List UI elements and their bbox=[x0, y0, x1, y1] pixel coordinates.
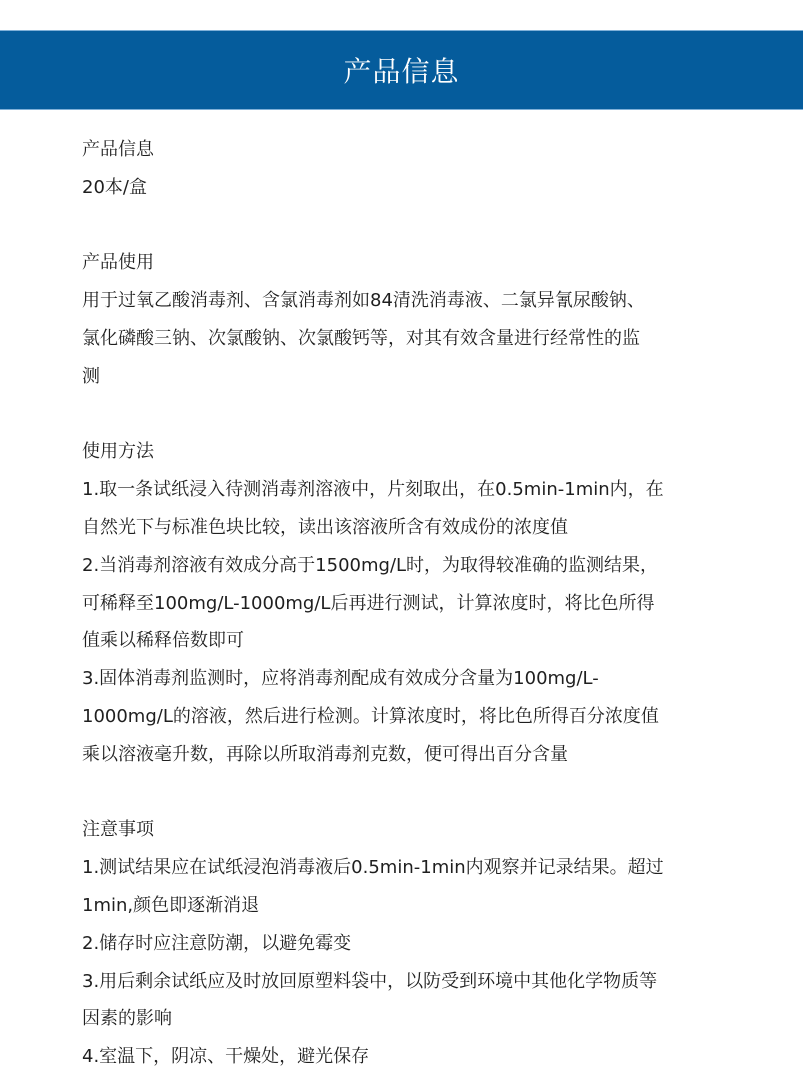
section-line: 2.储存时应注意防潮，以避免霉变 bbox=[82, 925, 742, 963]
section-heading: 产品使用 bbox=[82, 244, 742, 282]
product-info-content: 产品信息 20本/盒 产品使用 用于过氧乙酸消毒剂、含氯消毒剂如84清洗消毒液、… bbox=[82, 131, 742, 1076]
section-line: 值乘以稀释倍数即可 bbox=[82, 622, 742, 660]
section-line: 氯化磷酸三钠、次氯酸钠、次氯酸钙等，对其有效含量进行经常性的监 bbox=[82, 320, 742, 358]
section-line: 3.固体消毒剂监测时，应将消毒剂配成有效成分含量为100mg/L- bbox=[82, 660, 742, 698]
section-product-usage: 产品使用 用于过氧乙酸消毒剂、含氯消毒剂如84清洗消毒液、二氯异氰尿酸钠、 氯化… bbox=[82, 244, 742, 395]
section-line: 1min,颜色即逐渐消退 bbox=[82, 887, 742, 925]
section-line: 20本/盒 bbox=[82, 169, 742, 207]
section-line: 4.室温下，阴凉、干燥处，避光保存 bbox=[82, 1038, 742, 1076]
section-line: 1000mg/L的溶液，然后进行检测。计算浓度时，将比色所得百分浓度值 bbox=[82, 698, 742, 736]
section-usage-method: 使用方法 1.取一条试纸浸入待测消毒剂溶液中，片刻取出，在0.5min-1min… bbox=[82, 433, 742, 773]
section-heading: 注意事项 bbox=[82, 811, 742, 849]
section-line: 用于过氧乙酸消毒剂、含氯消毒剂如84清洗消毒液、二氯异氰尿酸钠、 bbox=[82, 282, 742, 320]
section-heading: 产品信息 bbox=[82, 131, 742, 169]
page-title: 产品信息 bbox=[343, 50, 459, 90]
header-banner: 产品信息 bbox=[0, 30, 803, 110]
section-line: 1.测试结果应在试纸浸泡消毒液后0.5min-1min内观察并记录结果。超过 bbox=[82, 849, 742, 887]
section-line: 1.取一条试纸浸入待测消毒剂溶液中，片刻取出，在0.5min-1min内，在 bbox=[82, 471, 742, 509]
section-heading: 使用方法 bbox=[82, 433, 742, 471]
section-line: 测 bbox=[82, 358, 742, 396]
section-line: 2.当消毒剂溶液有效成分高于1500mg/L时，为取得较准确的监测结果， bbox=[82, 547, 742, 585]
section-line: 3.用后剩余试纸应及时放回原塑料袋中，以防受到环境中其他化学物质等 bbox=[82, 963, 742, 1001]
section-precautions: 注意事项 1.测试结果应在试纸浸泡消毒液后0.5min-1min内观察并记录结果… bbox=[82, 811, 742, 1076]
section-line: 乘以溶液毫升数，再除以所取消毒剂克数，便可得出百分含量 bbox=[82, 736, 742, 774]
section-product-info: 产品信息 20本/盒 bbox=[82, 131, 742, 207]
section-line: 可稀释至100mg/L-1000mg/L后再进行测试，计算浓度时，将比色所得 bbox=[82, 585, 742, 623]
section-line: 因素的影响 bbox=[82, 1000, 742, 1038]
section-line: 自然光下与标准色块比较，读出该溶液所含有效成份的浓度值 bbox=[82, 509, 742, 547]
